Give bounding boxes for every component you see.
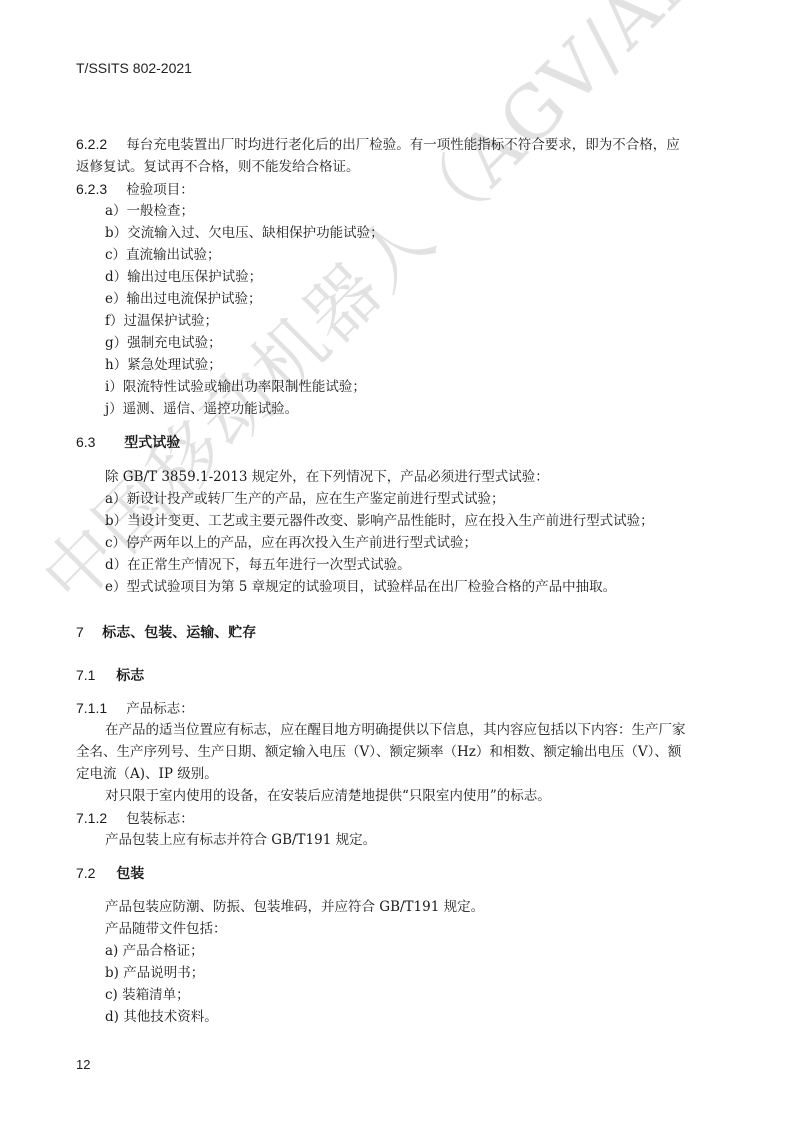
clause-title: 产品标志： bbox=[126, 701, 194, 717]
list-item: e）输出过电流保护试验； bbox=[105, 289, 262, 309]
list-text: 型式试验项目为第 5 章规定的试验项目，试验样品在出厂检验合格的产品中抽取。 bbox=[127, 579, 617, 595]
section-title: 标志 bbox=[116, 668, 144, 684]
list-marker: c） bbox=[105, 535, 126, 551]
chapter-7-heading: 7 标志、包装、运输、贮存 bbox=[76, 622, 256, 643]
list-marker: b） bbox=[105, 513, 127, 529]
clause-6-2-3-heading: 6.2.3 检验项目： bbox=[76, 179, 194, 200]
list-text: 过温保护试验； bbox=[124, 313, 219, 329]
list-marker: h） bbox=[105, 357, 127, 373]
list-item: h）紧急处理试验； bbox=[105, 355, 222, 375]
list-marker: e） bbox=[105, 291, 127, 307]
section-6-3-heading: 6.3 型式试验 bbox=[76, 432, 180, 453]
list-item: b）交流输入过、欠电压、缺相保护功能试验； bbox=[105, 223, 384, 243]
document-page: 中国移动机器人（AGV/AMR）产业联盟 T/SSITS 802-2021 6.… bbox=[0, 0, 800, 1132]
section-number: 7.1 bbox=[76, 665, 112, 685]
clause-title: 包装标志： bbox=[126, 811, 194, 827]
list-marker: i） bbox=[105, 379, 123, 395]
list-text: 输出过电压保护试验； bbox=[127, 269, 262, 285]
section-7-2-heading: 7.2 包装 bbox=[76, 863, 144, 884]
list-marker: e） bbox=[105, 579, 127, 595]
list-item: f）过温保护试验； bbox=[105, 311, 218, 331]
clause-number: 7.1.1 bbox=[76, 698, 122, 718]
list-text: 其他技术资料。 bbox=[123, 1009, 218, 1025]
list-item: j）遥测、遥信、遥控功能试验。 bbox=[105, 399, 298, 419]
list-marker: d） bbox=[105, 269, 127, 285]
list-item: d) 其他技术资料。 bbox=[105, 1007, 218, 1027]
clause-6-2-2-line-2: 返修复试。复试再不合格，则不能发给合格证。 bbox=[76, 157, 360, 177]
list-marker: f） bbox=[105, 313, 124, 329]
list-item: b）当设计变更、工艺或主要元器件改变、影响产品性能时，应在投入生产前进行型式试验… bbox=[105, 511, 654, 531]
list-marker: b) bbox=[105, 965, 119, 981]
chapter-number: 7 bbox=[76, 622, 98, 642]
clause-number: 6.2.2 bbox=[76, 134, 122, 154]
list-text: 直流输出试验； bbox=[126, 247, 221, 263]
section-title: 包装 bbox=[116, 866, 144, 882]
clause-title: 检验项目： bbox=[126, 182, 194, 198]
list-text: 交流输入过、欠电压、缺相保护功能试验； bbox=[127, 225, 384, 241]
section-6-3-intro: 除 GB/T 3859.1-2013 规定外，在下列情况下，产品必须进行型式试验… bbox=[105, 467, 549, 487]
clause-7-1-2-heading: 7.1.2 包装标志： bbox=[76, 808, 194, 829]
clause-7-1-2-para: 产品包装上应有标志并符合 GB/T191 规定。 bbox=[105, 830, 376, 850]
list-item: i）限流特性试验或输出功率限制性能试验； bbox=[105, 377, 366, 397]
list-item: a）新设计投产或转厂生产的产品，应在生产鉴定前进行型式试验； bbox=[105, 489, 505, 509]
list-item: a) 产品合格证； bbox=[105, 941, 204, 961]
clause-number: 7.1.2 bbox=[76, 808, 122, 828]
list-marker: b） bbox=[105, 225, 127, 241]
list-item: c）停产两年以上的产品，应在再次投入生产前进行型式试验； bbox=[105, 533, 477, 553]
section-number: 6.3 bbox=[76, 432, 120, 452]
clause-7-1-1-para-line-1: 在产品的适当位置应有标志，应在醒目地方明确提供以下信息，其内容应包括以下内容：生… bbox=[105, 720, 686, 740]
list-marker: a） bbox=[105, 203, 127, 219]
section-title: 型式试验 bbox=[124, 435, 180, 451]
clause-6-2-2-line-1: 6.2.2 每台充电装置出厂时均进行老化后的出厂检验。有一项性能指标不符合要求，… bbox=[76, 134, 680, 155]
list-marker: a） bbox=[105, 491, 127, 507]
list-item: d）在正常生产情况下，每五年进行一次型式试验。 bbox=[105, 555, 411, 575]
list-marker: c） bbox=[105, 247, 126, 263]
list-text: 当设计变更、工艺或主要元器件改变、影响产品性能时，应在投入生产前进行型式试验； bbox=[127, 513, 654, 529]
clause-7-1-1-heading: 7.1.1 产品标志： bbox=[76, 698, 194, 719]
clause-7-1-1-para-line-3: 定电流（A)、IP 级别。 bbox=[76, 764, 218, 784]
list-text: 紧急处理试验； bbox=[127, 357, 222, 373]
list-text: 产品说明书； bbox=[123, 965, 204, 981]
list-item: d）输出过电压保护试验； bbox=[105, 267, 262, 287]
section-number: 7.2 bbox=[76, 863, 112, 883]
list-marker: d） bbox=[105, 557, 127, 573]
document-code-header: T/SSITS 802-2021 bbox=[76, 60, 192, 76]
list-text: 强制充电试验； bbox=[127, 335, 222, 351]
section-7-1-heading: 7.1 标志 bbox=[76, 665, 144, 686]
list-marker: d) bbox=[105, 1009, 119, 1025]
list-marker: g） bbox=[105, 335, 127, 351]
list-item: g）强制充电试验； bbox=[105, 333, 222, 353]
list-marker: c) bbox=[105, 987, 118, 1003]
list-item: a）一般检查； bbox=[105, 201, 194, 221]
list-marker: j） bbox=[105, 401, 123, 417]
chapter-title: 标志、包装、运输、贮存 bbox=[102, 625, 256, 641]
clause-7-1-1-para-line-2: 全名、生产序列号、生产日期、额定输入电压（V）、额定频率（Hz）和相数、额定输出… bbox=[76, 742, 681, 762]
list-text: 输出过电流保护试验； bbox=[127, 291, 262, 307]
section-7-2-para-2: 产品随带文件包括： bbox=[105, 919, 227, 939]
list-item: c) 装箱清单； bbox=[105, 985, 190, 1005]
clause-number: 6.2.3 bbox=[76, 179, 122, 199]
list-item: e）型式试验项目为第 5 章规定的试验项目，试验样品在出厂检验合格的产品中抽取。 bbox=[105, 577, 616, 597]
list-text: 新设计投产或转厂生产的产品，应在生产鉴定前进行型式试验； bbox=[127, 491, 505, 507]
list-item: b) 产品说明书； bbox=[105, 963, 204, 983]
list-text: 产品合格证； bbox=[123, 943, 204, 959]
list-item: c）直流输出试验； bbox=[105, 245, 221, 265]
page-number: 12 bbox=[76, 1057, 90, 1072]
list-text: 遥测、遥信、遥控功能试验。 bbox=[123, 401, 299, 417]
list-text: 装箱清单； bbox=[122, 987, 190, 1003]
list-marker: a) bbox=[105, 943, 118, 959]
list-text: 在正常生产情况下，每五年进行一次型式试验。 bbox=[127, 557, 411, 573]
list-text: 停产两年以上的产品，应在再次投入生产前进行型式试验； bbox=[126, 535, 477, 551]
clause-7-1-1-para-2: 对只限于室内使用的设备，在安装后应清楚地提供“只限室内使用”的标志。 bbox=[105, 786, 551, 806]
clause-text: 每台充电装置出厂时均进行老化后的出厂检验。有一项性能指标不符合要求，即为不合格，… bbox=[126, 137, 680, 153]
list-text: 一般检查； bbox=[127, 203, 195, 219]
list-text: 限流特性试验或输出功率限制性能试验； bbox=[123, 379, 366, 395]
section-7-2-para-1: 产品包装应防潮、防振、包装堆码，并应符合 GB/T191 规定。 bbox=[105, 897, 484, 917]
